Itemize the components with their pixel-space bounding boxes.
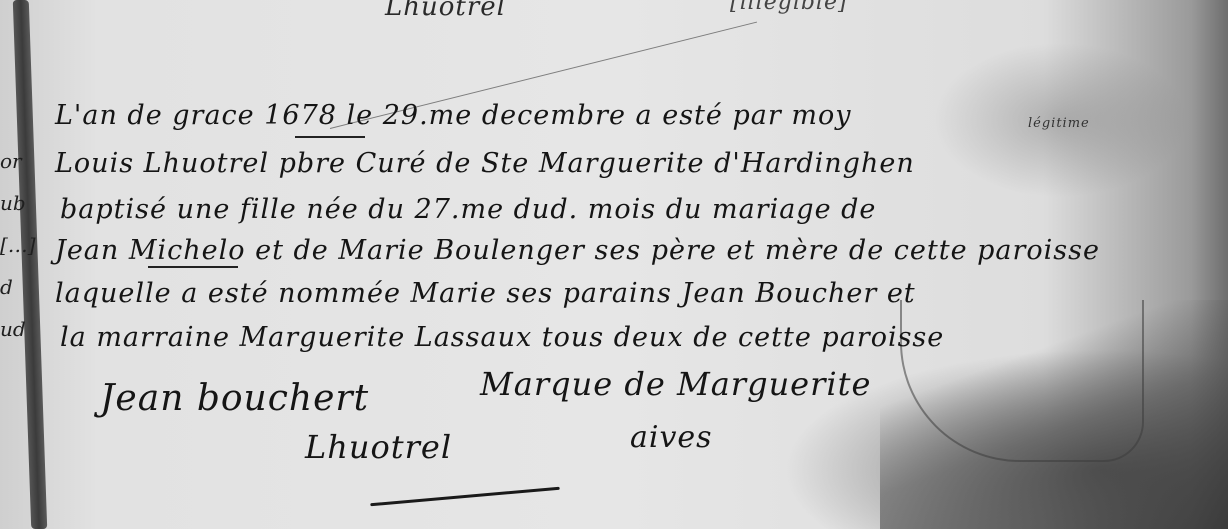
entry-line-3: baptisé une fille née du 27.me dud. mois… [60, 194, 876, 225]
entry-line-4: Jean Michelo et de Marie Boulenger ses p… [55, 235, 1100, 266]
name-underline [148, 266, 238, 268]
header-signature-2: [illegible] [730, 0, 848, 15]
entry-line-1: L'an de grace 1678 le 29.me decembre a e… [55, 100, 851, 131]
register-page: or ub […] d ud Lhuotrel [illegible] L'an… [0, 0, 1228, 529]
signature-other: aives [630, 420, 713, 455]
entry-line-5: laquelle a esté nommée Marie ses parains… [55, 278, 916, 309]
signature-flourish [370, 487, 560, 507]
margin-fragment: […] [0, 224, 22, 266]
year-underline [295, 136, 365, 138]
signature-godfather: Jean bouchert [100, 378, 369, 419]
signature-priest: Lhuotrel [305, 428, 452, 466]
margin-fragment: ud [0, 308, 22, 350]
margin-fragment: ub [0, 182, 22, 224]
margin-fragment: or [0, 140, 22, 182]
signature-godmother-mark: Marque de Marguerite [480, 365, 871, 403]
interlinear-note: légitime [1028, 116, 1090, 131]
entry-line-2: Louis Lhuotrel pbre Curé de Ste Margueri… [55, 148, 915, 179]
header-signature: Lhuotrel [385, 0, 506, 22]
entry-line-6: la marraine Marguerite Lassaux tous deux… [60, 322, 944, 353]
margin-fragment: d [0, 266, 22, 308]
left-margin-fragments: or ub […] d ud [0, 140, 22, 500]
